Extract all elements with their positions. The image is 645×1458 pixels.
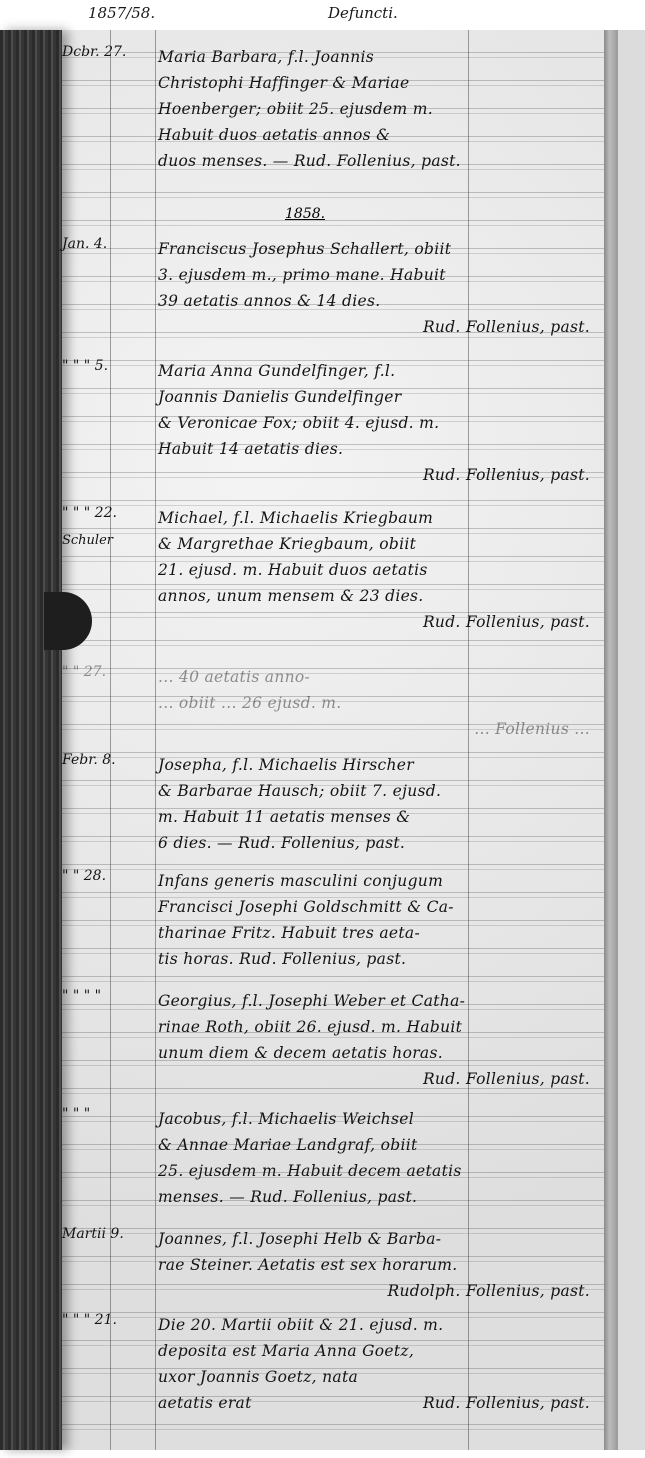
entry-date: Febr. 8.: [62, 752, 154, 768]
entry-line: Franciscus Josephus Schallert, obiit: [158, 236, 598, 262]
entry-text: Michael, f.l. Michaelis Kriegbaum & Marg…: [158, 505, 598, 635]
entry-line: menses. — Rud. Follenius, past.: [158, 1184, 598, 1210]
entry-text: Georgius, f.l. Josephi Weber et Catha- r…: [158, 988, 598, 1092]
pastor-signature: Rud. Follenius, past.: [158, 609, 598, 635]
entry-text: Maria Anna Gundelfinger, f.l. Joannis Da…: [158, 358, 598, 488]
pastor-signature: ... Follenius ...: [158, 716, 598, 742]
entry-line: Josepha, f.l. Michaelis Hirscher: [158, 752, 598, 778]
entry-date: " " ": [62, 1106, 154, 1122]
entry-line: Maria Anna Gundelfinger, f.l.: [158, 358, 598, 384]
entry-date: Dcbr. 27.: [62, 44, 154, 60]
entry-text: Infans generis masculini conjugum Franci…: [158, 868, 598, 972]
entry-line: 39 aetatis annos & 14 dies.: [158, 288, 598, 314]
entry-line: Jacobus, f.l. Michaelis Weichsel: [158, 1106, 598, 1132]
entry-line: tharinae Fritz. Habuit tres aeta-: [158, 920, 598, 946]
entry-line: Habuit duos aetatis annos &: [158, 122, 598, 148]
entry-line: & Annae Mariae Landgraf, obiit: [158, 1132, 598, 1158]
entry-line: Habuit 14 aetatis dies.: [158, 436, 598, 462]
year-range: 1857/58.: [88, 4, 155, 22]
year-separator: 1858.: [285, 206, 325, 222]
pastor-signature: Rudolph. Follenius, past.: [158, 1278, 598, 1304]
entry-text: Franciscus Josephus Schallert, obiit 3. …: [158, 236, 598, 340]
entry-date: " " " ": [62, 988, 154, 1004]
entry-line: rae Steiner. Aetatis est sex horarum.: [158, 1252, 598, 1278]
entry-line: 21. ejusd. m. Habuit duos aetatis: [158, 557, 598, 583]
entry-line: ... obiit ... 26 ejusd. m.: [158, 690, 598, 716]
book-binding: [0, 30, 62, 1450]
entry-line: m. Habuit 11 aetatis menses &: [158, 804, 598, 830]
pastor-signature: Rud. Follenius, past.: [158, 462, 598, 488]
entry-line: deposita est Maria Anna Goetz,: [158, 1338, 598, 1364]
column-title: Defuncti.: [328, 4, 398, 22]
facing-page-edge: [618, 30, 645, 1450]
entry-line: 25. ejusdem m. Habuit decem aetatis: [158, 1158, 598, 1184]
entry-line: & Margrethae Kriegbaum, obiit: [158, 531, 598, 557]
entry-date: " " " 21.: [62, 1312, 154, 1328]
column-rule-entry: [155, 30, 156, 1450]
entry-date: " " 27.: [62, 664, 154, 680]
entry-line: rinae Roth, obiit 26. ejusd. m. Habuit: [158, 1014, 598, 1040]
entry-margin-note: Schuler: [62, 533, 154, 548]
entry-text: Jacobus, f.l. Michaelis Weichsel & Annae…: [158, 1106, 598, 1210]
entry-date: " " " 5.: [62, 358, 154, 374]
entry-date: Martii 9.: [62, 1226, 154, 1242]
entry-line: Joannes, f.l. Josephi Helb & Barba-: [158, 1226, 598, 1252]
pastor-signature: Rud. Follenius, past.: [158, 1066, 598, 1092]
entry-line: Hoenberger; obiit 25. ejusdem m.: [158, 96, 598, 122]
page-gutter: [604, 30, 618, 1450]
entry-line: 6 dies. — Rud. Follenius, past.: [158, 830, 598, 856]
entry-line: Die 20. Martii obiit & 21. ejusd. m.: [158, 1312, 598, 1338]
entry-line: duos menses. — Rud. Follenius, past.: [158, 148, 598, 174]
entry-text: ... 40 aetatis anno- ... obiit ... 26 ej…: [158, 664, 598, 742]
entry-line: & Veronicae Fox; obiit 4. ejusd. m.: [158, 410, 598, 436]
entry-line: Michael, f.l. Michaelis Kriegbaum: [158, 505, 598, 531]
entry-line: unum diem & decem aetatis horas.: [158, 1040, 598, 1066]
entry-line: ... 40 aetatis anno-: [158, 664, 598, 690]
entry-line: Infans generis masculini conjugum: [158, 868, 598, 894]
entry-date-value: " " " 22.: [62, 505, 117, 521]
entry-text: Maria Barbara, f.l. Joannis Christophi H…: [158, 44, 598, 174]
entry-text: Joannes, f.l. Josephi Helb & Barba- rae …: [158, 1226, 598, 1304]
entry-line: 3. ejusdem m., primo mane. Habuit: [158, 262, 598, 288]
entry-line: Joannis Danielis Gundelfinger: [158, 384, 598, 410]
entry-line: uxor Joannis Goetz, nata: [158, 1364, 598, 1390]
entry-date: " " " 22. Schuler: [62, 505, 154, 548]
entry-line: tis horas. Rud. Follenius, past.: [158, 946, 598, 972]
pastor-signature: Rud. Follenius, past.: [158, 314, 598, 340]
entry-line: Georgius, f.l. Josephi Weber et Catha-: [158, 988, 598, 1014]
entry-date: " " 28.: [62, 868, 154, 884]
entry-text: Josepha, f.l. Michaelis Hirscher & Barba…: [158, 752, 598, 856]
entry-date: Jan. 4.: [62, 236, 154, 252]
entry-text: Die 20. Martii obiit & 21. ejusd. m. dep…: [158, 1312, 598, 1416]
entry-line: Maria Barbara, f.l. Joannis: [158, 44, 598, 70]
entry-line: Christophi Haffinger & Mariae: [158, 70, 598, 96]
entry-line: annos, unum mensem & 23 dies.: [158, 583, 598, 609]
entry-line: Francisci Josephi Goldschmitt & Ca-: [158, 894, 598, 920]
entry-line: & Barbarae Hausch; obiit 7. ejusd.: [158, 778, 598, 804]
